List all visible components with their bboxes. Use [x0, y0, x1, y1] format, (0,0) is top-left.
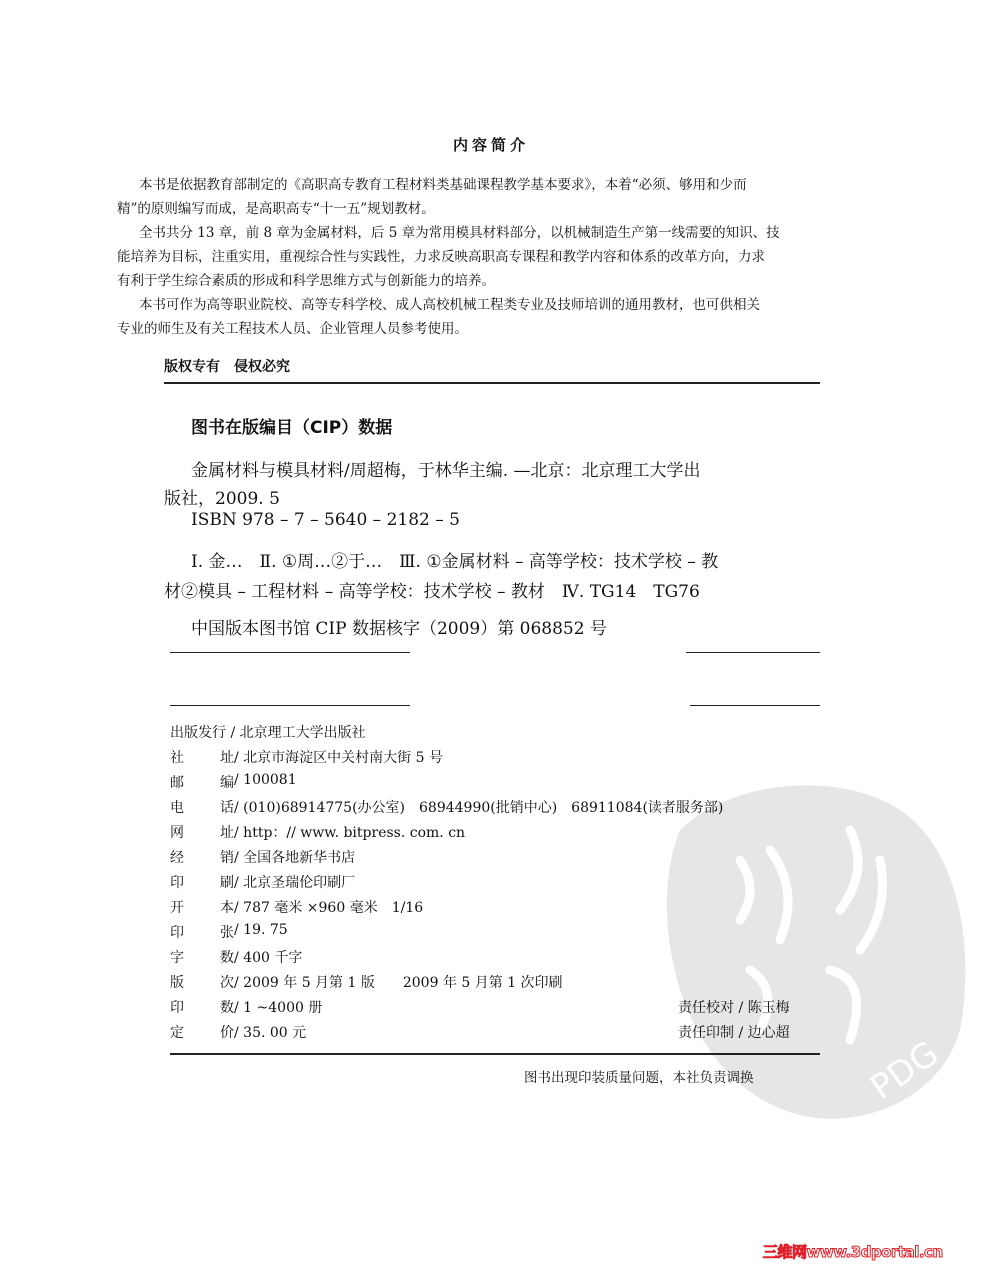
summary-p3-line2: 专业的师生及有关工程技术人员、企业管理人员参考使用。 [117, 317, 468, 341]
divider-left-1 [170, 652, 410, 653]
editor-proofread: 责任校对 / 陈玉梅 [678, 997, 790, 1017]
summary-p2-line2: 能培养为目标，注重实用，重视综合性与实践性，力求反映高职高专课程和教学内容和体系… [117, 245, 765, 269]
cip-approval-number: 中国版本图书馆 CIP 数据核字（2009）第 068852 号 [191, 614, 607, 639]
website-link[interactable]: http：// www. bitpress. com. cn [243, 825, 465, 841]
info-row-publisher: 出版发行 / 北京理工大学出版社 [170, 722, 366, 742]
cip-heading: 图书在版编目（CIP）数据 [191, 413, 392, 438]
cip-entry-line2: 版社，2009. 5 [164, 484, 280, 509]
divider-right-2 [690, 705, 820, 706]
cip-entry-line1: 金属材料与模具材料/周超梅，于林华主编. —北京：北京理工大学出 [191, 456, 701, 481]
cip-class-line2: 材②模具 – 工程材料 – 高等学校：技术学校 – 教材 Ⅳ. TG14 TG7… [164, 577, 700, 602]
summary-p2-line3: 有利于学生综合素质的形成和科学思维方式与创新能力的培养。 [117, 269, 495, 293]
publication-info: 出版发行 / 北京理工大学出版社 社址 / 北京市海淀区中关村南大街 5 号 邮… [170, 722, 830, 1042]
cip-class-line1: Ⅰ. 金… Ⅱ. ①周…②于… Ⅲ. ①金属材料 – 高等学校：技术学校 – 教 [191, 547, 718, 572]
site-watermark: 三维网www.3dportal.cn [763, 1241, 943, 1262]
footer-note: 图书出现印装质量问题，本社负责调换 [524, 1066, 754, 1086]
divider-footer [170, 1053, 820, 1055]
summary-p1-line2: 精”的原则编写而成，是高职高专“十一五”规划教材。 [117, 197, 435, 221]
summary-p2-line1: 全书共分 13 章，前 8 章为金属材料，后 5 章为常用模具材料部分，以机械制… [139, 221, 780, 245]
summary-p3-line1: 本书可作为高等职业院校、高等专科学校、成人高校机械工程类专业及技师培训的通用教材… [139, 293, 760, 317]
divider-copyright [164, 382, 820, 384]
divider-right-1 [686, 652, 820, 653]
cip-isbn: ISBN 978 – 7 – 5640 – 2182 – 5 [191, 510, 460, 530]
summary-title: 内容简介 [0, 134, 982, 155]
editor-printing: 责任印制 / 边心超 [678, 1022, 790, 1042]
divider-left-2 [170, 705, 410, 706]
summary-p1-line1: 本书是依据教育部制定的《高职高专教育工程材料类基础课程教学基本要求》，本着“必须… [139, 173, 747, 197]
copyright-notice: 版权专有 侵权必究 [164, 356, 290, 376]
